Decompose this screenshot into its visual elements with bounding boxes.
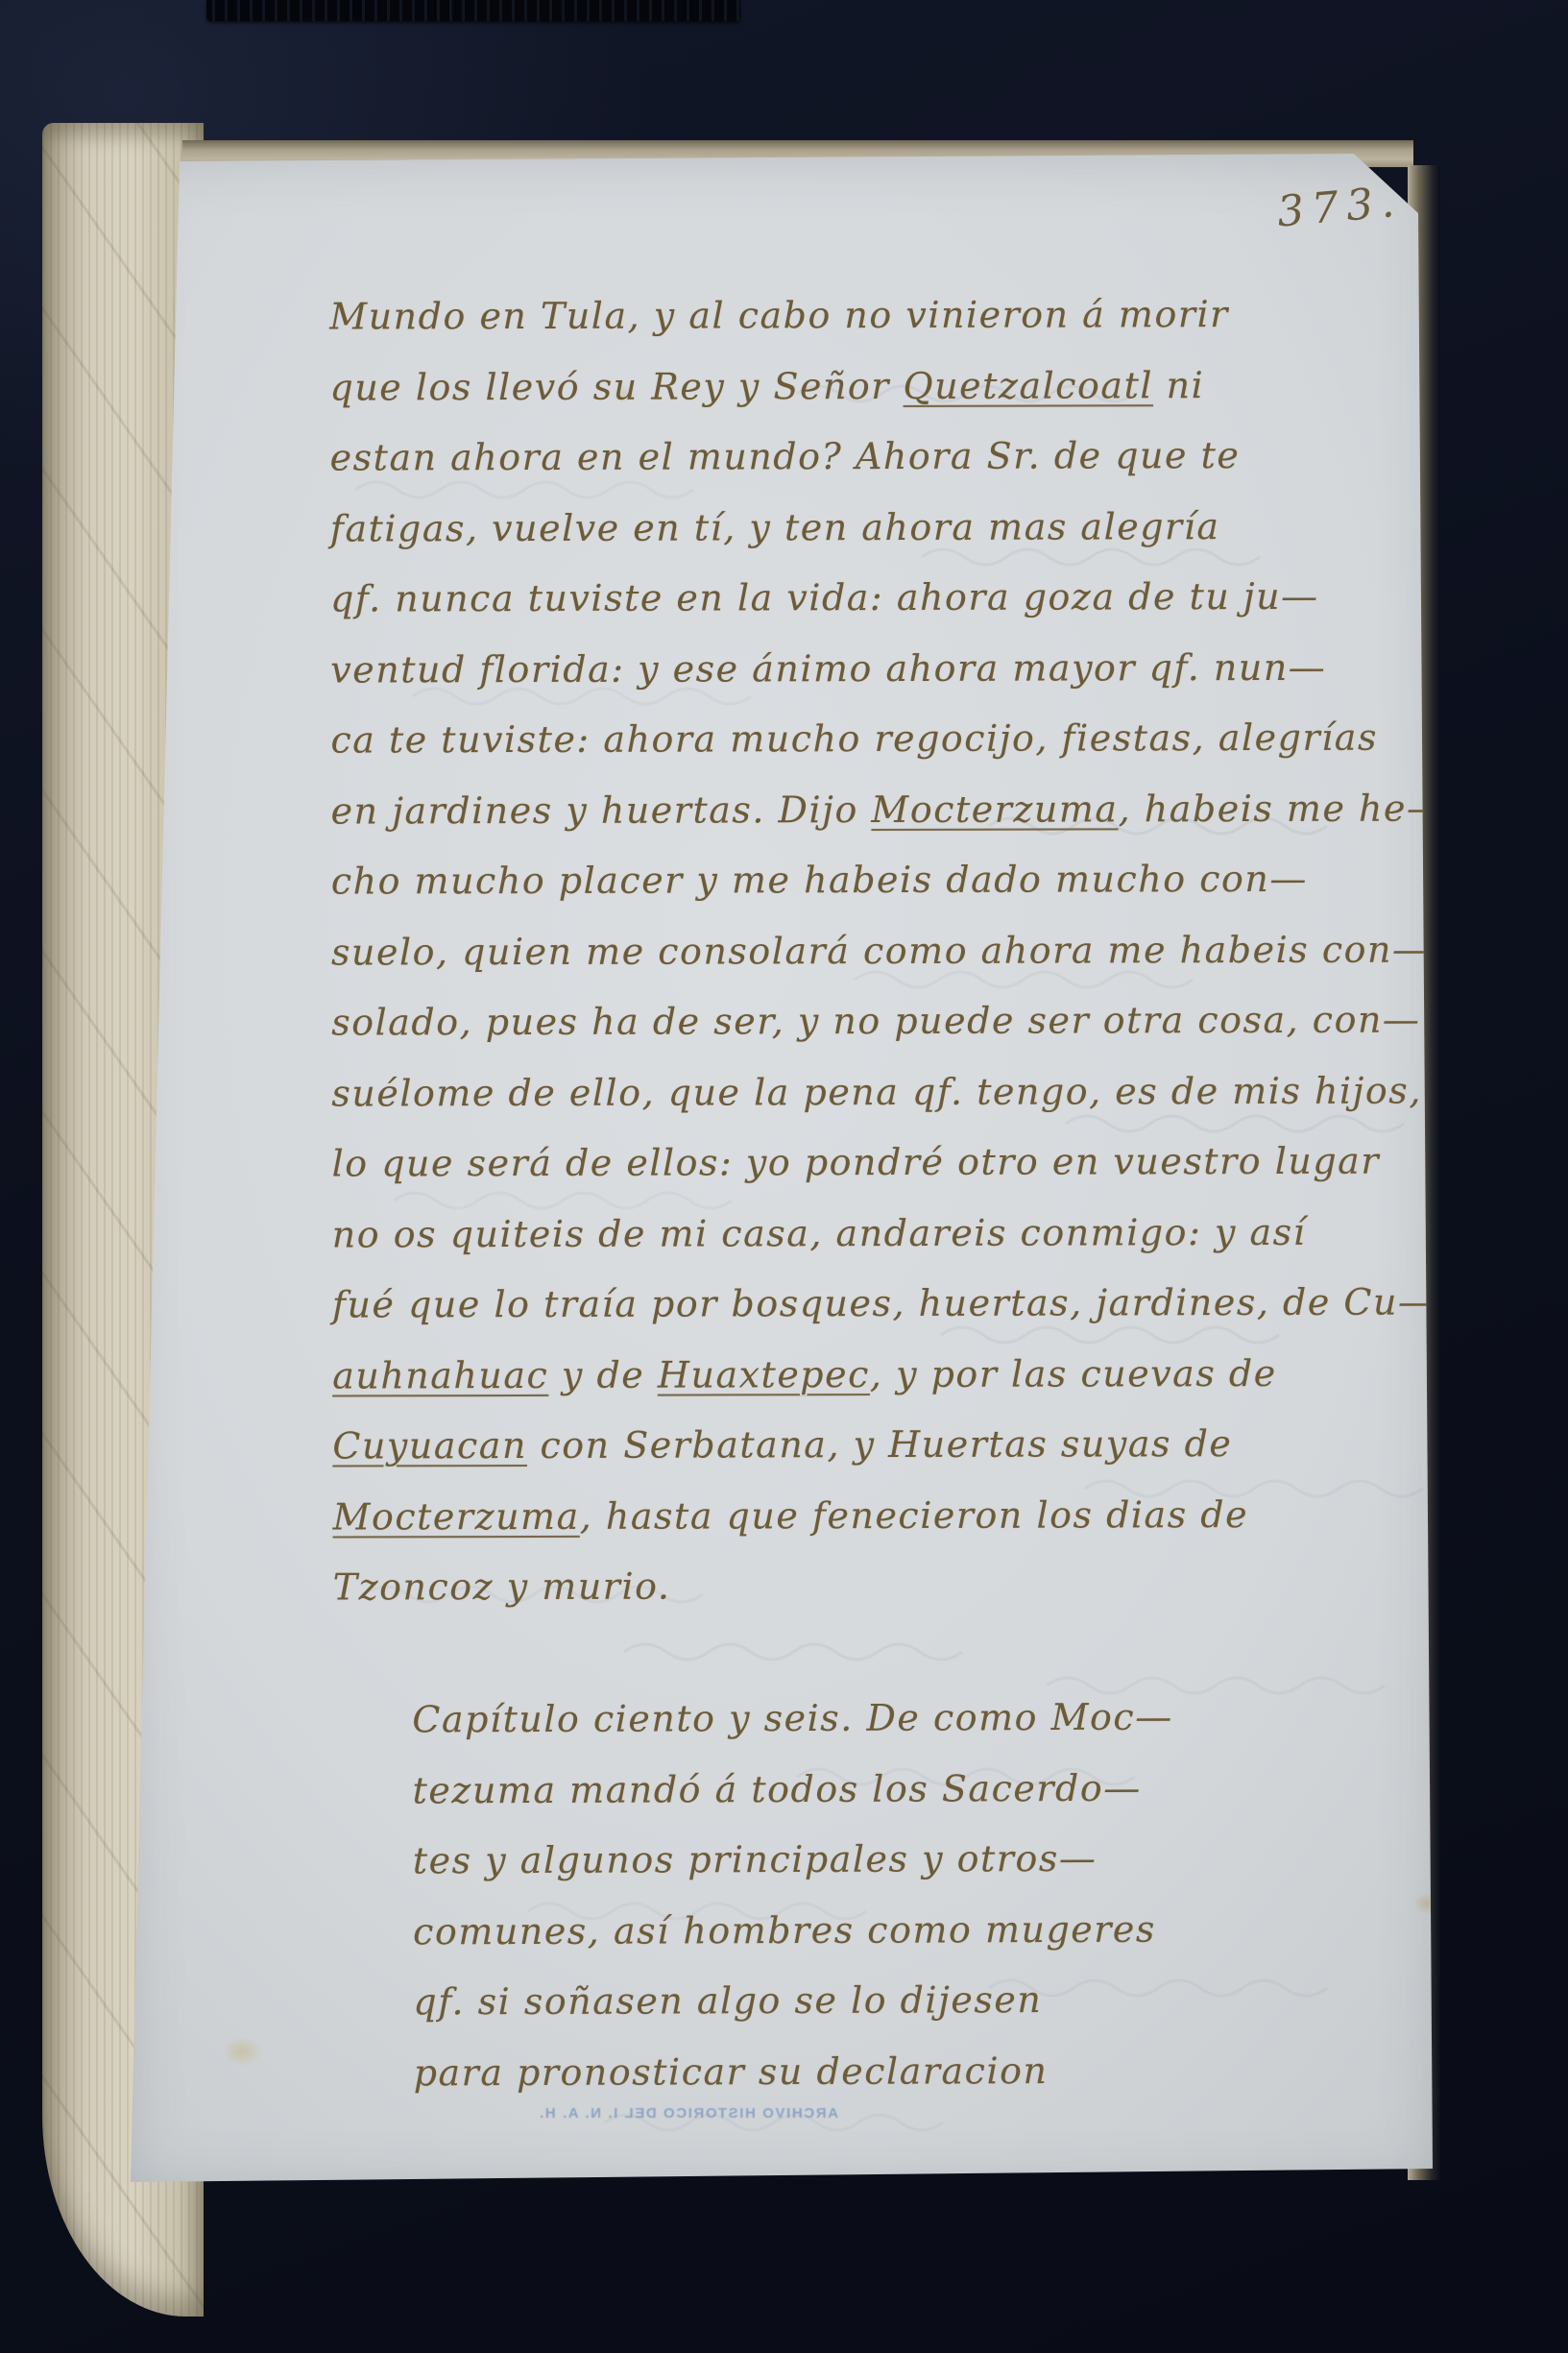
manuscript-page: 373. Mundo en Tula, y al cabo no viniero…: [125, 154, 1440, 2192]
chapter-paragraph: Capítulo ciento y seis. De como Moc—tezu…: [412, 1683, 1174, 2109]
manuscript-line: cho mucho placer y me habeis dado mucho …: [331, 843, 1445, 917]
manuscript-line: comunes, así hombres como mugeres: [413, 1894, 1174, 1967]
manuscript-line: Mocterzuma, hasta que fenecieron los dia…: [332, 1479, 1446, 1553]
manuscript-line: Tzoncoz y murio.: [333, 1549, 1447, 1623]
manuscript-line: auhnahuac y de Huaxtepec, y por las cuev…: [332, 1338, 1446, 1412]
manuscript-line: Mundo en Tula, y al cabo no vinieron á m…: [329, 279, 1443, 352]
manuscript-line: no os quiteis de mi casa, andareis conmi…: [332, 1197, 1446, 1271]
manuscript-line: estan ahora en el mundo? Ahora Sr. de qu…: [330, 420, 1444, 494]
manuscript-line: tezuma mandó á todos los Sacerdo—: [412, 1753, 1173, 1826]
manuscript-line: ca te tuviste: ahora mucho regocijo, fie…: [330, 702, 1444, 776]
manuscript-line: fué que lo traía por bosques, huertas, j…: [332, 1267, 1446, 1341]
manuscript-line: solado, pues ha de ser, y no puede ser o…: [331, 984, 1445, 1058]
body-paragraph: Mundo en Tula, y al cabo no vinieron á m…: [329, 279, 1447, 1623]
manuscript-line: Capítulo ciento y seis. De como Moc—: [412, 1683, 1173, 1756]
page-number: 373.: [1275, 177, 1404, 236]
manuscript-line: tes y algunos principales y otros—: [413, 1824, 1174, 1897]
manuscript-line: Cuyuacan con Serbatana, y Huertas suyas …: [332, 1408, 1446, 1482]
manuscript-line: qf. nunca tuviste en la vida: ahora goza…: [330, 561, 1444, 635]
manuscript-line: en jardines y huertas. Dijo Mocterzuma, …: [331, 773, 1445, 847]
velcro-strip: [206, 0, 740, 21]
manuscript-line: fatigas, vuelve en tí, y ten ahora mas a…: [330, 491, 1444, 565]
manuscript-line: lo que será de ellos: yo pondré otro en …: [331, 1126, 1445, 1200]
archive-stamp: ARCHIVO HISTORICO DEL I. N. A. H.: [512, 2105, 838, 2122]
manuscript-line: suelo, quien me consolará como ahora me …: [331, 914, 1445, 988]
manuscript-line: qf. si soñasen algo se lo dijesen: [413, 1965, 1174, 2038]
manuscript-line: para pronosticar su declaracion: [414, 2035, 1175, 2108]
manuscript-line: ventud florida: y ese ánimo ahora mayor …: [330, 632, 1444, 706]
manuscript-line: que los llevó su Rey y Señor Quetzalcoat…: [329, 350, 1443, 424]
manuscript-line: suélome de ello, que la pena qf. tengo, …: [331, 1055, 1445, 1129]
scan-background: { "document": { "page_number": "373.", "…: [0, 0, 1568, 2353]
